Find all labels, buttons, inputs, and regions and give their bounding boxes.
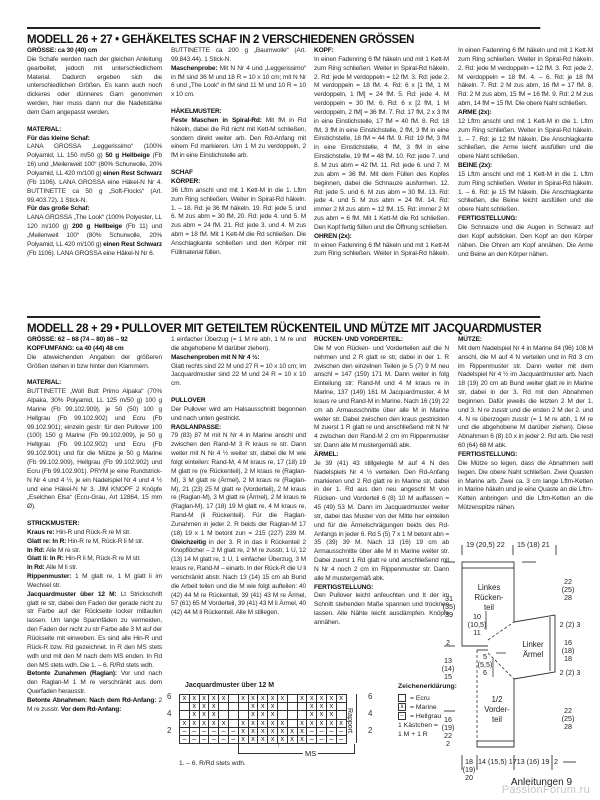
chart-cell: x bbox=[268, 711, 278, 719]
head-label: KOPF: bbox=[314, 47, 449, 56]
chart-cell: x bbox=[307, 703, 317, 711]
chart-cell: x bbox=[248, 719, 258, 727]
chart-cell: x bbox=[209, 719, 219, 727]
raglan-label: RAGLANPASSE: bbox=[171, 424, 306, 433]
chart-cell: – bbox=[219, 727, 229, 735]
chart-cell: x bbox=[189, 719, 199, 727]
chart-row: ––––––xxxxxxx–––– bbox=[180, 735, 347, 743]
dim-inner-1: 10 (10,5) 11 bbox=[466, 613, 488, 637]
chart-cell: – bbox=[326, 727, 336, 735]
stitch-glatt-re-rd: In Rd: Alle M re str. bbox=[27, 547, 162, 556]
small-sheep-material: LANA GROSSA „Leggerissimo“ (100% Polyami… bbox=[27, 143, 162, 205]
row-label: 4 bbox=[167, 709, 171, 718]
gauge-text: Glatt rechts sind 22 M und 27 R = 10 x 1… bbox=[171, 363, 306, 390]
chart-cell: x bbox=[199, 695, 209, 703]
chart-cell: x bbox=[287, 727, 297, 735]
stitch-label: STRICKMUSTER: bbox=[27, 520, 162, 529]
chart-cell: x bbox=[199, 703, 209, 711]
chart-cell: x bbox=[199, 719, 209, 727]
chart-cell: x bbox=[189, 695, 199, 703]
chart-cell: x bbox=[258, 727, 268, 735]
dim-right-2: 2 (2) 3 bbox=[558, 621, 582, 629]
stitch-glatt-li-rd: In Rd: Alle M li str. bbox=[27, 564, 162, 573]
head-text: In einen Fadenring 6 fM häkeln und mit 1… bbox=[314, 56, 449, 233]
dim-right-5: 22 (25) 28 bbox=[558, 707, 578, 731]
sleeve-label: ÄRMEL: bbox=[314, 451, 449, 460]
gauge-label: Maschenproben mit N Nr 4 ½: bbox=[171, 354, 306, 363]
chart-cell bbox=[228, 695, 238, 703]
ears-text-continued: In einen Fadenring 6 fM häkeln und mit 1… bbox=[458, 47, 593, 109]
decrease-continued: 1 einfacher Überzug (= 1 M re abh, 1 M r… bbox=[171, 336, 306, 354]
chart-row: xxxxxxxxxxxxxxx bbox=[180, 719, 347, 727]
chart-cell: – bbox=[199, 727, 209, 735]
chart-cell: – bbox=[189, 727, 199, 735]
size-label: GRÖSSE: ca 30 (40) cm bbox=[27, 47, 162, 56]
ms-arrow-icon: ↑ bbox=[277, 743, 281, 749]
jacquard-chart: Jacquardmuster über 12 M 6 4 2 xxxxxxxxx… bbox=[165, 682, 395, 693]
back-front-label: RÜCKEN- UND VORDERTEIL: bbox=[314, 336, 449, 345]
legs-label: BEINE (2x): bbox=[458, 162, 593, 171]
chart-cell: x bbox=[248, 735, 258, 743]
chart-cell: – bbox=[336, 727, 346, 735]
chart-cell: x bbox=[189, 703, 199, 711]
finish-label: FERTIGSTELLUNG: bbox=[458, 215, 593, 224]
back-front-text: Die M von Rücken- und Vorderteilen auf d… bbox=[314, 345, 449, 451]
dim-bottom-3: 13 (16) 19 bbox=[515, 758, 551, 766]
rapport-label: Rapport bbox=[346, 708, 353, 733]
sheep-column-4: In einen Fadenring 6 fM häkeln und mit 1… bbox=[458, 47, 593, 259]
chart-cell bbox=[228, 711, 238, 719]
chart-cell: – bbox=[180, 727, 190, 735]
dim-bottom-4: 2 bbox=[552, 758, 560, 766]
chart-cell: x bbox=[238, 735, 248, 743]
chart-cell: – bbox=[228, 735, 238, 743]
chart-cell: x bbox=[258, 719, 268, 727]
stitch-glatt-li: Glatt li: In R: Hin-R li M, Rück-R re M … bbox=[27, 555, 162, 564]
pattern-label: HÄKELMUSTER: bbox=[171, 108, 306, 117]
chart-cell: x bbox=[238, 695, 248, 703]
stitch-decrease: Betonte Abnahmen: Nach dem Rd-Anfang: 2 … bbox=[27, 697, 162, 715]
chart-cell bbox=[336, 711, 346, 719]
chart-cell: x bbox=[326, 695, 336, 703]
chart-cell bbox=[219, 703, 229, 711]
chart-cell: x bbox=[268, 719, 278, 727]
sheep-label: SCHAF bbox=[171, 169, 306, 178]
dim-top-right: 15 (18) 21 bbox=[517, 541, 550, 549]
finish-text: Die Schnauze und die Augen in Schwarz au… bbox=[458, 224, 593, 259]
arms-label: ARME (2x): bbox=[458, 109, 593, 118]
dim-right-4: 2 (2) 3 bbox=[558, 669, 582, 677]
chart-cell: – bbox=[189, 735, 199, 743]
chart-row: xxxxxxxxx bbox=[180, 711, 347, 719]
size-text: Die Schafe werden nach der gleichen Anle… bbox=[27, 56, 162, 118]
chart-cell: – bbox=[307, 727, 317, 735]
pullover-column-1: GRÖSSE: 62 – 68 (74 – 80) 86 – 92 KOPFUM… bbox=[27, 336, 162, 715]
size-text: Die abweichenden Angaben der größeren Gr… bbox=[27, 354, 162, 372]
chart-cell: – bbox=[317, 735, 327, 743]
chart-cell: x bbox=[258, 695, 268, 703]
chart-title: Jacquardmuster über 12 M bbox=[185, 682, 395, 689]
pullover-schematic: 19 (20,5) 22 15 (18) 21 Linkes Rücken-te… bbox=[400, 535, 600, 775]
chart-cell: x bbox=[258, 703, 268, 711]
chart-cell bbox=[287, 711, 297, 719]
hat-text: Mit dem Nadelspiel Nr 4 in Marine 84 (96… bbox=[458, 345, 593, 451]
head-size-label: KOPFUMFANG: ca 40 (44) 48 cm bbox=[27, 345, 162, 354]
dim-bottom-2: 14 (15,5) 17 bbox=[478, 758, 514, 766]
arms-text: 12 Lftm anschl und mit 1 Kett-M in die 1… bbox=[458, 118, 593, 162]
chart-cell: – bbox=[336, 735, 346, 743]
dim-inner-2: 5 (5,5) 6 bbox=[475, 653, 495, 677]
row-label: 2 bbox=[167, 726, 171, 735]
chart-cell: x bbox=[209, 711, 219, 719]
chart-row: ––––––xxxxxxx–––– bbox=[180, 727, 347, 735]
dim-right-1: 22 (25) 28 bbox=[558, 578, 578, 602]
chart-cell bbox=[287, 703, 297, 711]
chart-cell: x bbox=[268, 735, 278, 743]
chart-row: xxxxxxxxx bbox=[180, 703, 347, 711]
spiral-pattern: Feste Maschen in Spiral-Rd: Mit fM in Rd… bbox=[171, 117, 306, 161]
dim-left-1: 31 (35) 39 bbox=[438, 595, 460, 619]
chart-cell: x bbox=[258, 735, 268, 743]
chart-cell: x bbox=[326, 703, 336, 711]
chart-cell: x bbox=[248, 727, 258, 735]
chart-cell: x bbox=[307, 695, 317, 703]
chart-cell: – bbox=[228, 727, 238, 735]
sheep-column-2: BUTTINETTE ca 200 g „Baumwolle“ (Art. 99… bbox=[171, 47, 306, 258]
stitch-rib: Rippenmuster: 1 M glatt re, 1 M glatt li… bbox=[27, 573, 162, 591]
chart-cell bbox=[238, 711, 248, 719]
watermark: PassionForum.ru bbox=[502, 784, 590, 796]
chart-cell: x bbox=[248, 695, 258, 703]
row-label: 6 bbox=[368, 692, 372, 701]
chart-cell: x bbox=[326, 719, 336, 727]
chart-cell: x bbox=[336, 695, 346, 703]
chart-cell bbox=[297, 711, 307, 719]
chart-cell: x bbox=[297, 719, 307, 727]
chart-cell bbox=[336, 703, 346, 711]
chart-cell: x bbox=[307, 711, 317, 719]
chart-cell bbox=[277, 711, 287, 719]
material-text: BUTTINETTE „Woll Butt Primo Alpaka“ (70%… bbox=[27, 388, 162, 512]
ears-label: OHREN (2x): bbox=[314, 233, 449, 242]
dim-left-5: 2 bbox=[440, 740, 456, 748]
chart-grid: xxxxxxxxxxxxxxxxxxxxxxxxxxxxxxxxxxxxxxxx… bbox=[179, 694, 347, 744]
chart-cell bbox=[228, 719, 238, 727]
large-sheep-material: LANA GROSSA „The Look“ (100% Polyester, … bbox=[27, 214, 162, 258]
chart-cell bbox=[277, 703, 287, 711]
gauge: Maschenprobe: Mit N Nr 4 und „Leggerissi… bbox=[171, 65, 306, 100]
size-label: GRÖSSE: 62 – 68 (74 – 80) 86 – 92 bbox=[27, 336, 162, 345]
chart-cell: x bbox=[287, 735, 297, 743]
chart-cell: x bbox=[268, 727, 278, 735]
chart-cell: x bbox=[199, 711, 209, 719]
chart-cell: x bbox=[307, 719, 317, 727]
chart-cell: x bbox=[209, 695, 219, 703]
chart-cell: x bbox=[326, 711, 336, 719]
chart-cell bbox=[180, 711, 190, 719]
material-label: MATERIAL: bbox=[27, 126, 162, 135]
small-sheep-label: Für das kleine Schaf: bbox=[27, 135, 162, 144]
dim-left-4: 16 (19) 22 bbox=[438, 716, 458, 740]
chart-cell: x bbox=[336, 719, 346, 727]
chart-cell: x bbox=[297, 695, 307, 703]
chart-cell: – bbox=[209, 727, 219, 735]
chart-cell: x bbox=[317, 719, 327, 727]
chart-cell: – bbox=[219, 735, 229, 743]
chart-cell: x bbox=[297, 727, 307, 735]
chart-cell: – bbox=[307, 735, 317, 743]
chart-cell: x bbox=[277, 727, 287, 735]
row-label: 4 bbox=[368, 709, 372, 718]
pullover-label: PULLOVER bbox=[171, 397, 306, 406]
chart-cell: x bbox=[268, 695, 278, 703]
chart-cell: x bbox=[258, 711, 268, 719]
ms-label: MS bbox=[303, 749, 318, 758]
chart-cell bbox=[219, 711, 229, 719]
chart-row: xxxxxxxxxxxxxxx bbox=[180, 695, 347, 703]
chart-cell: x bbox=[209, 703, 219, 711]
material-continued: BUTTINETTE ca 200 g „Baumwolle“ (Art. 99… bbox=[171, 47, 306, 65]
chart-cell: x bbox=[317, 711, 327, 719]
material-label: MATERIAL: bbox=[27, 379, 162, 388]
ms-bracket bbox=[238, 744, 355, 754]
section-heading-sheep: MODELL 26 + 27 • GEHÄKELTES SCHAF IN 2 V… bbox=[27, 27, 540, 46]
chart-cell: x bbox=[189, 711, 199, 719]
chart-cell: x bbox=[180, 719, 190, 727]
sleeve-piece-label: Linker Ärmel bbox=[518, 640, 548, 660]
chart-cell: – bbox=[209, 735, 219, 743]
chart-cell: x bbox=[219, 719, 229, 727]
dim-bottom-1: 18 (19) 20 bbox=[460, 758, 478, 782]
chart-cell: x bbox=[180, 695, 190, 703]
stitch-kraus: Kraus re: Hin-R und Rück-R re M str. bbox=[27, 529, 162, 538]
chart-cell bbox=[238, 703, 248, 711]
chart-cell: x bbox=[317, 695, 327, 703]
raglan-text: 79 (83) 87 M mit N Nr 4 in Marine anschl… bbox=[171, 432, 306, 618]
stitch-jacquard: Jacquardmuster über 12 M: Lt Strickschri… bbox=[27, 591, 162, 671]
chart-cell: x bbox=[317, 703, 327, 711]
dim-top-left: 19 (20,5) 22 bbox=[466, 541, 505, 549]
chart-cell: – bbox=[326, 735, 336, 743]
sheep-column-1: GRÖSSE: ca 30 (40) cm Die Schafe werden … bbox=[27, 47, 162, 258]
dim-right-3: 16 (18) 18 bbox=[558, 639, 578, 663]
legs-text: 15 Lftm anschl und mit 1 Kett-M in die 1… bbox=[458, 171, 593, 215]
chart-cell: x bbox=[297, 735, 307, 743]
chart-cell: x bbox=[219, 695, 229, 703]
sheep-column-3: KOPF: In einen Fadenring 6 fM häkeln und… bbox=[314, 47, 449, 259]
chart-cell: x bbox=[277, 719, 287, 727]
chart-cell bbox=[287, 695, 297, 703]
dim-left-2: 2 bbox=[440, 639, 456, 647]
chart-cell: x bbox=[248, 711, 258, 719]
pullover-text: Der Pullover wird am Halsausschnitt bego… bbox=[171, 406, 306, 424]
chart-cell: x bbox=[238, 727, 248, 735]
chart-cell: – bbox=[317, 727, 327, 735]
back-piece-label: Linkes Rücken-teil bbox=[472, 583, 506, 613]
large-sheep-label: Für das große Schaf: bbox=[27, 205, 162, 214]
chart-cell: x bbox=[238, 719, 248, 727]
chart-cell bbox=[180, 703, 190, 711]
chart-cell: – bbox=[180, 735, 190, 743]
chart-cell: x bbox=[277, 695, 287, 703]
hat-finish-label: FERTIGSTELLUNG: bbox=[458, 451, 593, 460]
ears-text: In einen Fadenring 6 fM häkeln und mit 1… bbox=[314, 242, 449, 259]
dim-left-3: 13 (14) 15 bbox=[438, 657, 458, 681]
chart-cell: – bbox=[199, 735, 209, 743]
hat-finish-text: Die Mütze so legen, dass die Abnahmen se… bbox=[458, 460, 593, 513]
chart-cell: x bbox=[248, 703, 258, 711]
pullover-column-2: 1 einfacher Überzug (= 1 M re abh, 1 M r… bbox=[171, 336, 306, 618]
pullover-column-4: MÜTZE: Mit dem Nadelspiel Nr 4 in Marine… bbox=[458, 336, 593, 513]
body-text: 36 Lftm anschl und mit 1 Kett-M in die 1… bbox=[171, 187, 306, 258]
chart-cell bbox=[297, 703, 307, 711]
chart-cell: x bbox=[268, 703, 278, 711]
hat-label: MÜTZE: bbox=[458, 336, 593, 345]
chart-note: 1. – 6. R/Rd stets wdh. bbox=[179, 760, 246, 767]
section-heading-pullover: MODELL 28 + 29 • PULLOVER MIT GETEILTEM … bbox=[27, 316, 540, 335]
row-label: 2 bbox=[368, 726, 372, 735]
front-piece-label: 1/2 Vorder-teil bbox=[483, 695, 511, 725]
stitch-increase: Betonte Zunahmen (Raglan): Vor und nach … bbox=[27, 670, 162, 697]
chart-cell bbox=[287, 719, 297, 727]
stitch-glatt-re: Glatt re: In R: Hin-R re M, Rück-R li M … bbox=[27, 538, 162, 547]
row-label: 6 bbox=[167, 692, 171, 701]
body-label: KÖRPER: bbox=[171, 178, 306, 187]
chart-cell bbox=[228, 703, 238, 711]
